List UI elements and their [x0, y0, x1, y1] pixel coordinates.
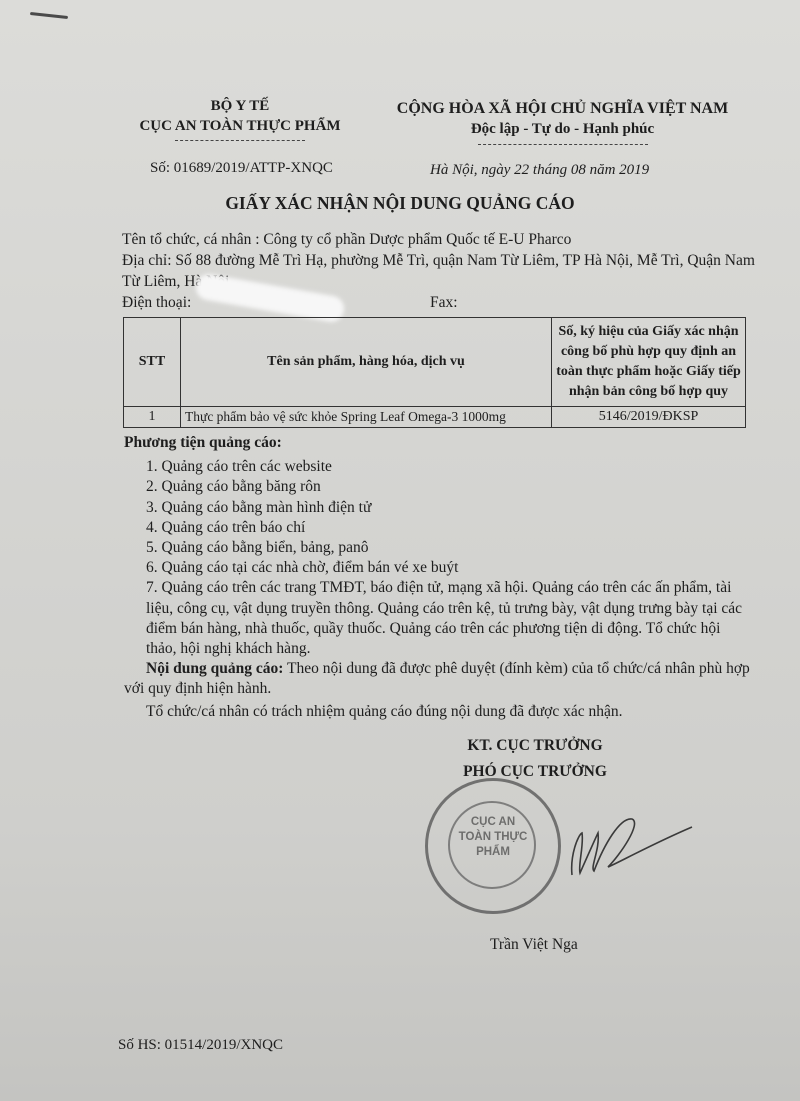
department-name: CỤC AN TOÀN THỰC PHẨM — [110, 116, 370, 136]
national-header: CỘNG HÒA XÃ HỘI CHỦ NGHĨA VIỆT NAM Độc l… — [375, 98, 750, 145]
list-item: 4. Quảng cáo trên báo chí — [146, 518, 764, 538]
table-header-row: STT Tên sản phẩm, hàng hóa, dịch vụ Số, … — [124, 318, 746, 407]
issuer-header: BỘ Y TẾ CỤC AN TOÀN THỰC PHẨM — [110, 96, 370, 141]
signature-icon — [560, 805, 700, 885]
advertising-means: Phương tiện quảng cáo: 1. Quảng cáo trên… — [124, 433, 764, 722]
signer-name: Trần Việt Nga — [490, 936, 578, 954]
divider — [175, 140, 305, 141]
file-number: Số HS: 01514/2019/XNQC — [118, 1037, 283, 1054]
issue-date: Hà Nội, ngày 22 tháng 08 năm 2019 — [430, 162, 649, 179]
document-number: Số: 01689/2019/ATTP-XNQC — [150, 160, 333, 177]
header-product: Tên sản phẩm, hàng hóa, dịch vụ — [181, 318, 552, 407]
list-item: 7. Quảng cáo trên các trang TMĐT, báo đi… — [146, 578, 764, 659]
national-motto: Độc lập - Tự do - Hạnh phúc — [375, 119, 750, 140]
cell-product: Thực phẩm bảo vệ sức khỏe Spring Leaf Om… — [181, 407, 552, 428]
content-label: Nội dung quảng cáo: — [146, 660, 283, 677]
official-stamp: CỤC AN TOÀN THỰC PHẨM — [425, 778, 561, 914]
means-list: 1. Quảng cáo trên các website 2. Quảng c… — [124, 457, 764, 659]
signer-title-2: PHÓ CỤC TRƯỞNG — [420, 759, 650, 785]
list-item: 6. Quảng cáo tại các nhà chờ, điểm bán v… — [146, 558, 764, 578]
cell-certificate: 5146/2019/ĐKSP — [552, 407, 746, 428]
org-label: Tên tổ chức, cá nhân : — [122, 231, 260, 248]
content-paragraph: Nội dung quảng cáo: Theo nội dung đã đượ… — [124, 659, 764, 699]
ministry-name: BỘ Y TẾ — [110, 96, 370, 116]
list-item: 3. Quảng cáo bằng màn hình điện tử — [146, 498, 764, 518]
list-item: 5. Quảng cáo bằng biển, bảng, panô — [146, 538, 764, 558]
country-name: CỘNG HÒA XÃ HỘI CHỦ NGHĨA VIỆT NAM — [375, 98, 750, 119]
responsibility-paragraph: Tổ chức/cá nhân có trách nhiệm quảng cáo… — [124, 702, 764, 722]
organization-line: Tên tổ chức, cá nhân : Công ty cổ phần D… — [122, 229, 762, 250]
list-item: 1. Quảng cáo trên các website — [146, 457, 764, 477]
divider — [478, 144, 648, 145]
signer-title-1: KT. CỤC TRƯỞNG — [420, 733, 650, 759]
list-item: 2. Quảng cáo bằng băng rôn — [146, 477, 764, 497]
address-label: Địa chỉ: — [122, 252, 172, 269]
stamp-text: CỤC AN TOÀN THỰC PHẨM — [428, 815, 558, 860]
table-row: 1 Thực phẩm bảo vệ sức khỏe Spring Leaf … — [124, 407, 746, 428]
means-heading: Phương tiện quảng cáo: — [124, 433, 764, 453]
fax-label: Fax: — [430, 292, 458, 313]
document-title: GIẤY XÁC NHẬN NỘI DUNG QUẢNG CÁO — [100, 193, 700, 214]
header-certificate: Số, ký hiệu của Giấy xác nhận công bố ph… — [552, 318, 746, 407]
cell-stt: 1 — [124, 407, 181, 428]
phone-label: Điện thoại: — [122, 294, 191, 311]
product-table: STT Tên sản phẩm, hàng hóa, dịch vụ Số, … — [123, 317, 746, 428]
header-stt: STT — [124, 318, 181, 407]
org-value: Công ty cổ phần Dược phẩm Quốc tế E-U Ph… — [263, 231, 571, 248]
pen-mark — [30, 12, 68, 19]
signature-block: KT. CỤC TRƯỞNG PHÓ CỤC TRƯỞNG — [420, 733, 650, 785]
